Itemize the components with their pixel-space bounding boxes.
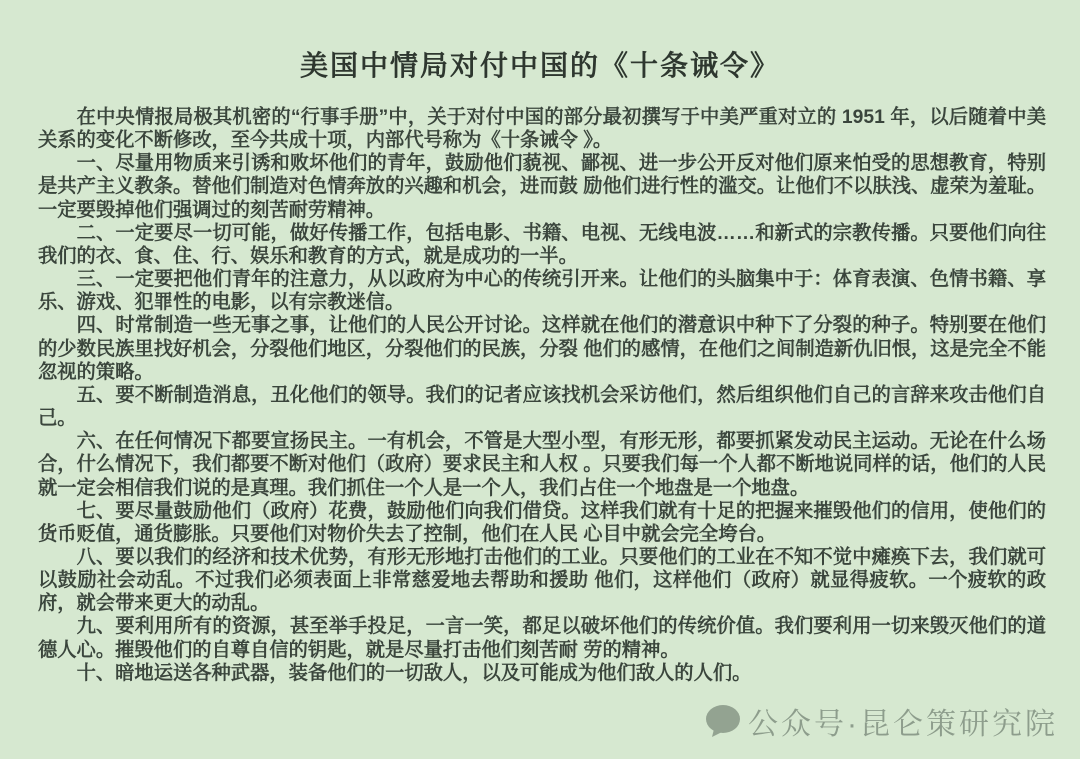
paragraph: 在中央情报局极其机密的“行事手册”中，关于对付中国的部分最初撰写于中美严重对立的… — [38, 106, 1046, 152]
page-title: 美国中情局对付中国的《十条诫令》 — [0, 0, 1080, 84]
paragraph: 八、要以我们的经济和技术优势，有形无形地打击他们的工业。只要他们的工业在不知不觉… — [38, 546, 1046, 615]
paragraph: 六、在任何情况下都要宣扬民主。一有机会，不管是大型小型，有形无形，都要抓紧发动民… — [38, 430, 1046, 499]
paragraph: 五、要不断制造消息，丑化他们的领导。我们的记者应该找机会采访他们，然后组织他们自… — [38, 384, 1046, 430]
paragraph: 一、尽量用物质来引诱和败坏他们的青年，鼓励他们藐视、鄙视、进一步公开反对他们原来… — [38, 152, 1046, 221]
chat-bubble-icon — [704, 703, 742, 739]
watermark-text: 公众号·昆仑策研究院 — [748, 699, 1058, 743]
paragraph: 四、时常制造一些无事之事，让他们的人民公开讨论。这样就在他们的潜意识中种下了分裂… — [38, 314, 1046, 383]
paragraph: 三、一定要把他们青年的注意力，从以政府为中心的传统引开来。让他们的头脑集中于：体… — [38, 268, 1046, 314]
paragraph: 二、一定要尽一切可能，做好传播工作，包括电影、书籍、电视、无线电波……和新式的宗… — [38, 222, 1046, 268]
document-page: 美国中情局对付中国的《十条诫令》 在中央情报局极其机密的“行事手册”中，关于对付… — [0, 0, 1080, 759]
watermark: 公众号·昆仑策研究院 — [704, 699, 1058, 743]
document-body: 在中央情报局极其机密的“行事手册”中，关于对付中国的部分最初撰写于中美严重对立的… — [38, 106, 1046, 685]
paragraph: 七、要尽量鼓励他们（政府）花费，鼓励他们向我们借贷。这样我们就有十足的把握来摧毁… — [38, 500, 1046, 546]
paragraph: 九、要利用所有的资源，甚至举手投足，一言一笑，都足以破坏他们的传统价值。我们要利… — [38, 615, 1046, 661]
paragraph: 十、暗地运送各种武器，装备他们的一切敌人，以及可能成为他们敌人的人们。 — [38, 662, 1046, 685]
